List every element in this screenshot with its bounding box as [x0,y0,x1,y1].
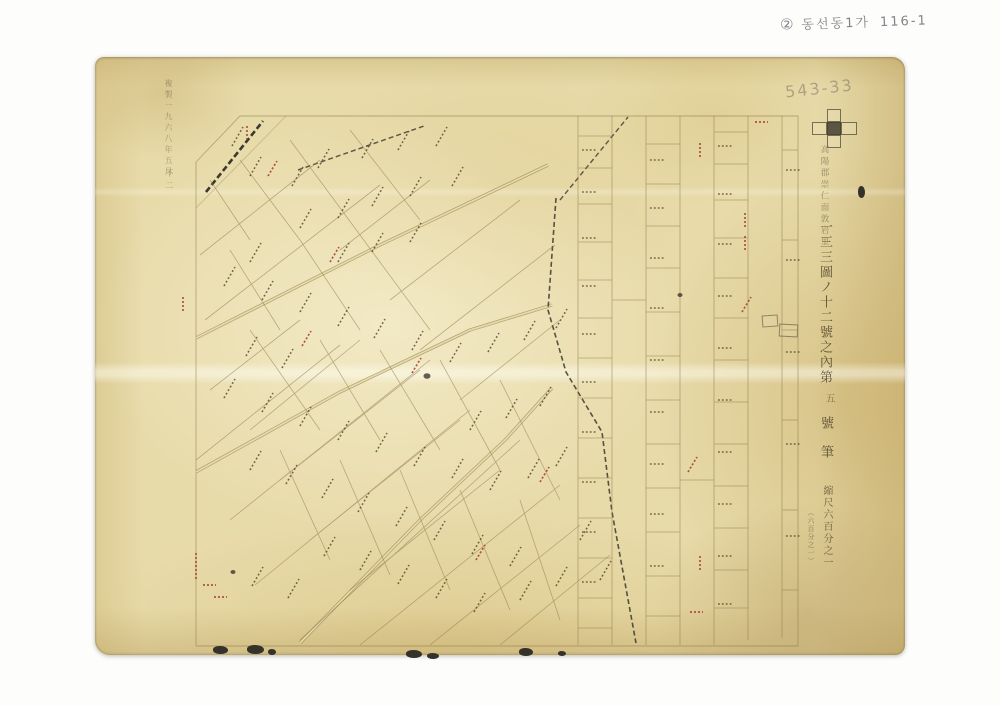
sheet-number: 五 [821,393,836,403]
sheet-title: 一三三圖ノ十二號之內第 [816,220,835,385]
left-margin-reproduction-note: 複製一九六八年五月 [163,79,174,178]
torn-edge-chip [558,651,566,656]
torn-edge-chip [247,645,264,654]
torn-edge-chip [406,650,422,658]
handwritten-annotation: ②동선동1가116-1 [780,9,928,33]
torn-edge-chip [427,653,439,659]
torn-edge-chip [519,648,533,656]
torn-edge-chip [858,186,865,198]
small-stamp-box-2 [779,324,799,338]
torn-edge-chip [268,649,276,655]
index-cell-left [812,122,827,135]
scale-note: （六百分之一） [806,509,816,565]
left-margin-publisher-note: 不二 [164,169,175,193]
small-stamp-box-1 [762,314,779,327]
index-cell-top [827,109,841,122]
adjacent-sheet-index-diagram [811,109,857,149]
fold-line-upper [95,187,905,197]
annotation-lot-number: 116-1 [880,13,928,30]
sheet-number-suffix: 號 [817,416,836,429]
pencil-scribble: 543-33 [784,75,854,101]
map-sheet: 複製一九六八年五月 不二 543-33 高陽郡崇仁面敦岩里 一三三圖ノ十二號之內… [95,57,905,655]
scale-label: 縮尺六百分之一 [819,485,834,569]
circled-number: ② [780,15,796,34]
index-cell-right [841,122,857,135]
annotation-area-text: 동선동1가 [801,15,870,32]
fold-line-middle [95,362,905,384]
index-cell-center [827,122,841,135]
torn-edge-chip [213,646,228,654]
scanned-map-page: ②동선동1가116-1 複製一九六八年五月 不二 543-33 高陽郡崇仁面敦岩… [0,0,1000,706]
parcel-count-label: 筆 [817,445,836,458]
